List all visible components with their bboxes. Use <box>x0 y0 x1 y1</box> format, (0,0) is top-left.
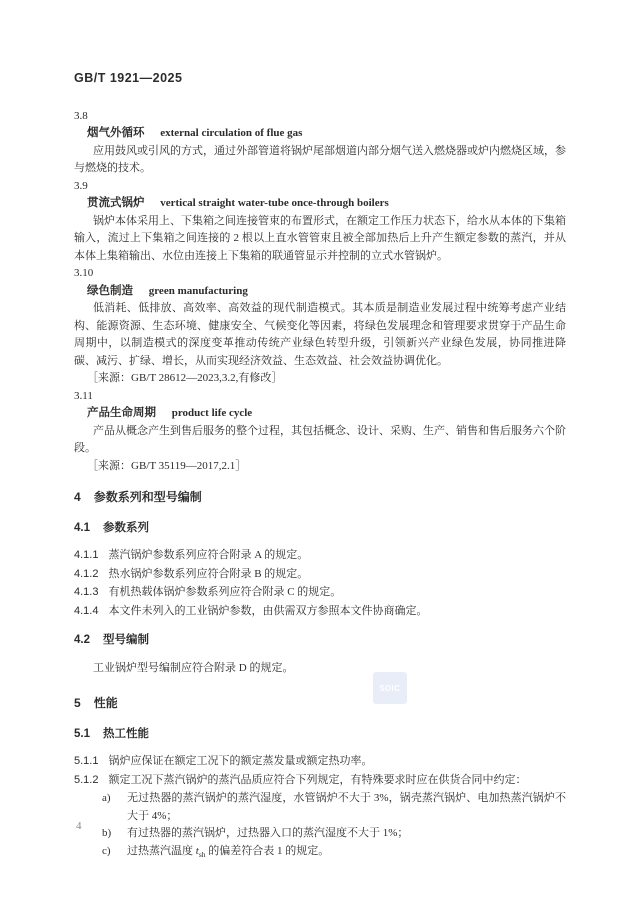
watermark-text: SDIC <box>379 684 400 693</box>
term-en-3-9: vertical straight water-tube once-throug… <box>160 197 389 209</box>
clause-5-1-number: 5.1 <box>74 728 90 740</box>
subitem-marker: b) <box>102 825 127 843</box>
clause-item-text: 额定工况下蒸汽锅炉的蒸汽品质应符合下列规定，有特殊要求时应在供货合同中约定： <box>108 774 526 786</box>
clause-4-title: 参数系列和型号编制 <box>94 490 202 504</box>
term-title-3-10: 绿色制造 green manufacturing <box>74 283 566 301</box>
clause-item-number: 4.1.2 <box>74 568 98 580</box>
clause-5-1-title: 热工性能 <box>103 728 149 740</box>
clause-item-number: 4.1.4 <box>74 605 98 617</box>
term-number-3-8: 3.8 <box>74 108 566 126</box>
term-zh-3-10: 绿色制造 <box>87 285 133 297</box>
term-source-3-10: ［来源：GB/T 28612—2023,3.2,有修改］ <box>74 370 566 388</box>
term-title-3-8: 烟气外循环 external circulation of flue gas <box>74 125 566 143</box>
document-page: GB/T 1921—2025 3.8 烟气外循环 external circul… <box>0 0 636 900</box>
clause-item-text: 有机热载体锅炉参数系列应符合附录 C 的规定。 <box>108 586 341 598</box>
clause-5-title: 性能 <box>94 696 118 710</box>
clause-item-4-1-2: 4.1.2热水锅炉参数系列应符合附录 B 的规定。 <box>74 566 566 584</box>
clause-5-number: 5 <box>74 696 81 710</box>
page-number: 4 <box>76 820 82 832</box>
clause-item-4-1-3: 4.1.3有机热载体锅炉参数系列应符合附录 C 的规定。 <box>74 584 566 602</box>
clause-4-1-number: 4.1 <box>74 522 90 534</box>
clause-item-number: 4.1.3 <box>74 586 98 598</box>
standard-number-header: GB/T 1921—2025 <box>74 70 566 88</box>
steam-quality-subitems: a)无过热器的蒸汽锅炉的蒸汽湿度，水管锅炉不大于 3%，锅壳蒸汽锅炉、电加热蒸汽… <box>74 790 566 863</box>
term-definition-3-9: 锅炉本体采用上、下集箱之间连接管束的布置形式，在额定工作压力状态下，给水从本体的… <box>74 213 566 266</box>
watermark-logo: SDIC <box>373 672 407 704</box>
clause-5-1-items: 5.1.1锅炉应保证在额定工况下的额定蒸发量或额定热功率。 5.1.2额定工况下… <box>74 753 566 789</box>
term-zh-3-8: 烟气外循环 <box>87 127 145 139</box>
subitem-text: 有过热器的蒸汽锅炉，过热器入口的蒸汽湿度不大于 1%； <box>127 827 408 839</box>
page-content: GB/T 1921—2025 3.8 烟气外循环 external circul… <box>0 0 636 863</box>
term-zh-3-9: 贯流式锅炉 <box>87 197 145 209</box>
clause-item-5-1-1: 5.1.1锅炉应保证在额定工况下的额定蒸发量或额定热功率。 <box>74 753 566 771</box>
term-definition-3-11: 产品从概念产生到售后服务的整个过程，其包括概念、设计、采购、生产、销售和售后服务… <box>74 423 566 458</box>
clause-item-text: 本文件未列入的工业锅炉参数，由供需双方参照本文件协商确定。 <box>108 605 427 617</box>
term-title-3-9: 贯流式锅炉 vertical straight water-tube once-… <box>74 195 566 213</box>
clause-item-number: 5.1.1 <box>74 755 98 767</box>
clause-4-number: 4 <box>74 490 81 504</box>
clause-4-1-heading: 4.1参数系列 <box>74 520 566 538</box>
clause-item-4-1-4: 4.1.4本文件未列入的工业锅炉参数，由供需双方参照本文件协商确定。 <box>74 603 566 621</box>
term-en-3-11: product life cycle <box>172 407 252 419</box>
subitem-c: c)过热蒸汽温度 tsh 的偏差符合表 1 的规定。 <box>74 843 566 864</box>
term-number-3-11: 3.11 <box>74 388 566 406</box>
term-number-3-10: 3.10 <box>74 265 566 283</box>
clause-5-heading: 5性能 <box>74 695 566 713</box>
clause-item-text: 热水锅炉参数系列应符合附录 B 的规定。 <box>108 568 308 580</box>
clause-4-heading: 4参数系列和型号编制 <box>74 489 566 507</box>
term-en-3-10: green manufacturing <box>149 285 248 297</box>
clause-4-2-heading: 4.2型号编制 <box>74 632 566 650</box>
term-zh-3-11: 产品生命周期 <box>87 407 156 419</box>
subitem-marker: a) <box>102 790 127 808</box>
clause-4-1-items: 4.1.1蒸汽锅炉参数系列应符合附录 A 的规定。 4.1.2热水锅炉参数系列应… <box>74 547 566 620</box>
subitem-b: b)有过热器的蒸汽锅炉，过热器入口的蒸汽湿度不大于 1%； <box>74 825 566 843</box>
subitem-marker: c) <box>102 843 127 861</box>
clause-4-1-title: 参数系列 <box>103 522 149 534</box>
term-source-3-11: ［来源：GB/T 35119—2017,2.1］ <box>74 458 566 476</box>
clause-item-number: 5.1.2 <box>74 774 98 786</box>
clause-item-5-1-2: 5.1.2额定工况下蒸汽锅炉的蒸汽品质应符合下列规定，有特殊要求时应在供货合同中… <box>74 772 566 790</box>
clause-5-1-heading: 5.1热工性能 <box>74 726 566 744</box>
subitem-a: a)无过热器的蒸汽锅炉的蒸汽湿度，水管锅炉不大于 3%，锅壳蒸汽锅炉、电加热蒸汽… <box>74 790 566 825</box>
clause-item-text: 锅炉应保证在额定工况下的额定蒸发量或额定热功率。 <box>108 755 372 767</box>
term-title-3-11: 产品生命周期 product life cycle <box>74 405 566 423</box>
clause-4-2-title: 型号编制 <box>103 634 149 646</box>
clause-item-number: 4.1.1 <box>74 549 98 561</box>
clause-item-4-1-1: 4.1.1蒸汽锅炉参数系列应符合附录 A 的规定。 <box>74 547 566 565</box>
subitem-text: 过热蒸汽温度 tsh 的偏差符合表 1 的规定。 <box>127 845 329 857</box>
clause-4-2-body: 工业锅炉型号编制应符合附录 D 的规定。 <box>74 660 566 678</box>
term-number-3-9: 3.9 <box>74 178 566 196</box>
term-definition-3-10: 低消耗、低排放、高效率、高效益的现代制造模式。其本质是制造业发展过程中统筹考虑产… <box>74 300 566 370</box>
subitem-text: 无过热器的蒸汽锅炉的蒸汽湿度，水管锅炉不大于 3%，锅壳蒸汽锅炉、电加热蒸汽锅炉… <box>127 792 566 822</box>
term-definition-3-8: 应用鼓风或引风的方式，通过外部管道将锅炉尾部烟道内部分烟气送入燃烧器或炉内燃烧区… <box>74 143 566 178</box>
clause-item-text: 蒸汽锅炉参数系列应符合附录 A 的规定。 <box>108 549 308 561</box>
clause-4-2-number: 4.2 <box>74 634 90 646</box>
term-en-3-8: external circulation of flue gas <box>160 127 302 139</box>
